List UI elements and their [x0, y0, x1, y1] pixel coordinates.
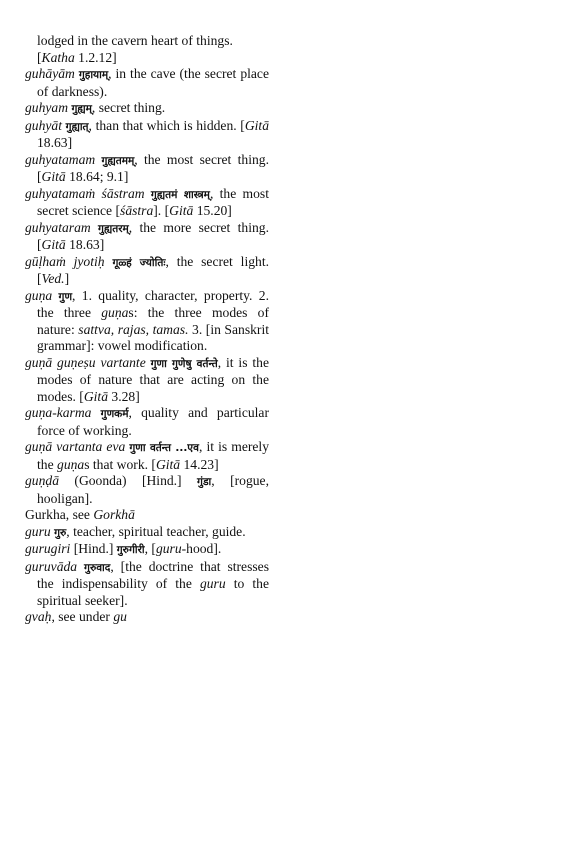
entry-guna-vartanta-eva: guṇā vartanta eva गुणा वर्तन्त ...एव, it…	[25, 439, 269, 473]
devanagari: गुण	[59, 291, 73, 303]
headword: gurugiri	[25, 541, 70, 556]
devanagari: गुरुगीरी	[117, 544, 145, 556]
cross-reference: Gorkhā	[93, 507, 135, 522]
entry-guhayam: guhāyām गुहायाम्, in the cave (the secre…	[25, 66, 269, 100]
headword: guhāyām	[25, 66, 75, 81]
ref-title: Gitā	[42, 169, 66, 184]
headword: guṇa-karma	[25, 405, 91, 420]
ref-title: Gitā	[42, 237, 66, 252]
entry-guhyataram: guhyataram गुह्यतरम्, the more secret th…	[25, 220, 269, 254]
headword: guṇā guṇeṣu vartante	[25, 355, 146, 370]
headword: guruvāda	[25, 559, 77, 574]
plain-headword: Gurkha, see	[25, 507, 93, 522]
entry-gulham-jyotih: gūḷhaṁ jyotiḥ गूळ्हं ज्योतिः, the secret…	[25, 254, 269, 288]
headword: guhyatamam	[25, 152, 95, 167]
entry-gvah: gvaḥ, see under gu	[25, 609, 269, 626]
devanagari: गुह्यतमं शास्त्रम्	[151, 189, 210, 201]
headword: guhyatamaṁ śāstram	[25, 186, 145, 201]
devanagari: गुरुवाद	[84, 562, 110, 574]
definition: , teacher, spiritual teacher, guide.	[66, 524, 245, 539]
definition: , [	[145, 541, 156, 556]
definition: , see under	[51, 609, 113, 624]
cross-reference: gu	[113, 609, 127, 624]
entry-gurugiri: gurugiri [Hind.] गुरुगीरी, [guru-hood].	[25, 541, 269, 559]
continuation-text: lodged in the cavern heart of things.	[37, 33, 233, 48]
headword: guru	[25, 524, 51, 539]
definition: , secret thing.	[92, 100, 165, 115]
entry-guru: guru गुरु, teacher, spiritual teacher, g…	[25, 524, 269, 542]
ref-title: Ved.	[42, 271, 65, 286]
entry-guhyatamam: guhyatamam गुह्यतमम्, the most secret th…	[25, 152, 269, 186]
devanagari: गुरु	[54, 527, 66, 539]
devanagari: गुह्यात्	[66, 121, 89, 133]
devanagari: गुणा वर्तन्त ...एव	[129, 442, 199, 454]
entry-guna-karma: guṇa-karma गुणकर्म, quality and particul…	[25, 405, 269, 439]
entry-gunda: guṇḍā (Goonda) [Hind.] गुंडा, [rogue, ho…	[25, 473, 269, 507]
devanagari: गुहायाम्	[79, 69, 108, 81]
headword: guhyam	[25, 100, 68, 115]
devanagari: गुह्यतरम्	[98, 223, 129, 235]
ref-title: Gitā	[245, 118, 269, 133]
headword: guṇā vartanta eva	[25, 439, 125, 454]
entry-guhyat: guhyāt गुह्यात्, than that which is hidd…	[25, 118, 269, 152]
headword: guhyāt	[25, 118, 62, 133]
headword: guṇḍā	[25, 473, 59, 488]
entry-guna: guṇa गुण, 1. quality, character, propert…	[25, 288, 269, 355]
entry-guna-gunesu-vartante: guṇā guṇeṣu vartante गुणा गुणेषु वर्तन्त…	[25, 355, 269, 406]
ref-title: Gitā	[156, 457, 180, 472]
definition: , than that which is hidden. [	[89, 118, 245, 133]
devanagari: गुह्यतमम्	[102, 155, 135, 167]
entry-gurkha: Gurkha, see Gorkhā	[25, 507, 269, 524]
devanagari: गुह्यम्	[71, 103, 91, 115]
ref-title: Katha	[42, 50, 75, 65]
headword: gūḷhaṁ jyotiḥ	[25, 254, 105, 269]
devanagari: गुणा गुणेषु वर्तन्ते	[151, 358, 218, 370]
dictionary-page: lodged in the cavern heart of things.[Ka…	[25, 33, 269, 626]
headword: guṇa	[25, 288, 52, 303]
headword: guhyataram	[25, 220, 91, 235]
entry-guhyam: guhyam गुह्यम्, secret thing.	[25, 100, 269, 118]
entry-guruvada: guruvāda गुरुवाद, [the doctrine that str…	[25, 559, 269, 610]
continuation-entry: lodged in the cavern heart of things.[Ka…	[25, 33, 269, 66]
ref-title: Gitā	[169, 203, 193, 218]
devanagari: गूळ्हं ज्योतिः	[112, 257, 165, 269]
devanagari: गुणकर्म	[101, 408, 129, 420]
entry-guhyatamam-sastram: guhyatamaṁ śāstram गुह्यतमं शास्त्रम्, t…	[25, 186, 269, 220]
devanagari: गुंडा	[197, 476, 211, 488]
headword: gvaḥ	[25, 609, 51, 624]
ref-title: Gitā	[84, 389, 108, 404]
